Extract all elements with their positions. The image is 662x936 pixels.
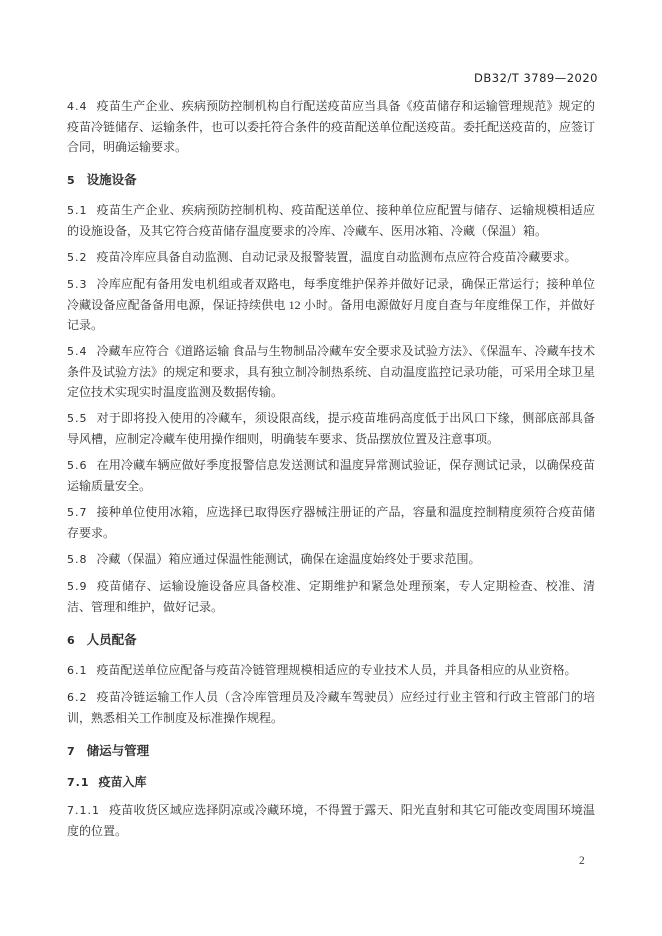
clause-text: 疫苗生产企业、疾病预防控制机构、疫苗配送单位、接种单位应配置与储存、运输规模相适… [67,203,595,238]
section-title: 设施设备 [87,172,137,187]
standard-code-header: DB32/T 3789—2020 [474,71,598,85]
clause-6-2: 6.2疫苗冷链运输工作人员（含冷库管理员及冷藏车驾驶员）应经过行业主管和行政主管… [67,687,595,728]
clause-number: 5.4 [67,345,88,358]
clause-text: 疫苗配送单位应配备与疫苗冷链管理规模相适应的专业技术人员，并具备相应的从业资格。 [97,663,577,677]
section-title: 储运与管理 [87,743,150,758]
clause-number: 5.3 [67,278,88,291]
section-heading-5: 5设施设备 [67,170,595,191]
subsection-number: 7.1 [67,776,90,789]
clause-7-1-1: 7.1.1疫苗收货区域应选择阴凉或冷藏环境，不得置于露天、阳光直射和其它可能改变… [67,800,595,841]
clause-5-6: 5.6在用冷藏车辆应做好季度报警信息发送测试和温度异常测试验证，保存测试记录，以… [67,455,595,496]
clause-number: 7.1.1 [67,804,100,817]
clause-text: 冷库应配有备用发电机组或者双路电，每季度维护保养并做好记录，确保正常运行；接种单… [67,277,595,332]
clause-text: 冷藏车应符合《道路运输 食品与生物制品冷藏车安全要求及试验方法》、《保温车、冷藏… [67,344,595,399]
clause-text: 疫苗储存、运输设施设备应具备校准、定期维护和紧急处理预案，专人定期检查、校准、清… [67,579,595,614]
section-number: 6 [67,634,76,647]
subsection-title: 疫苗入库 [99,775,147,789]
clause-number: 6.2 [67,691,88,704]
clause-number: 5.1 [67,204,88,217]
clause-number: 5.7 [67,506,88,519]
clause-5-9: 5.9疫苗储存、运输设施设备应具备校准、定期维护和紧急处理预案，专人定期检查、校… [67,576,595,617]
clause-5-5: 5.5对于即将投入使用的冷藏车，须设限高线，提示疫苗堆码高度低于出风口下缘，侧部… [67,408,595,449]
section-title: 人员配备 [87,632,137,647]
clause-number: 5.6 [67,459,88,472]
document-page: DB32/T 3789—2020 4.4疫苗生产企业、疾病预防控制机构自行配送疫… [0,0,662,936]
clause-number: 5.2 [67,251,88,264]
clause-number: 5.8 [67,553,88,566]
clause-text: 疫苗冷库应具备自动监测、自动记录及报警装置，温度自动监测布点应符合疫苗冷藏要求。 [97,250,577,264]
page-number: 2 [579,855,585,867]
clause-5-4: 5.4冷藏车应符合《道路运输 食品与生物制品冷藏车安全要求及试验方法》、《保温车… [67,341,595,402]
clause-number: 5.5 [67,412,88,425]
clause-4-4: 4.4疫苗生产企业、疾病预防控制机构自行配送疫苗应当具备《疫苗储存和运输管理规范… [67,96,595,157]
clause-text: 对于即将投入使用的冷藏车，须设限高线，提示疫苗堆码高度低于出风口下缘，侧部底部具… [67,411,595,446]
clause-text: 在用冷藏车辆应做好季度报警信息发送测试和温度异常测试验证，保存测试记录，以确保疫… [67,458,595,493]
clause-text: 疫苗冷链运输工作人员（含冷库管理员及冷藏车驾驶员）应经过行业主管和行政主管部门的… [67,690,595,725]
subsection-heading-7-1: 7.1疫苗入库 [67,772,595,793]
clause-number: 4.4 [67,100,88,113]
section-heading-7: 7储运与管理 [67,741,595,762]
clause-text: 疫苗收货区域应选择阴凉或冷藏环境，不得置于露天、阳光直射和其它可能改变周围环境温… [67,803,595,838]
clause-5-1: 5.1疫苗生产企业、疾病预防控制机构、疫苗配送单位、接种单位应配置与储存、运输规… [67,200,595,241]
clause-5-8: 5.8冷藏（保温）箱应通过保温性能测试，确保在途温度始终处于要求范围。 [67,549,595,570]
clause-text: 接种单位使用冰箱，应选择已取得医疗器械注册证的产品，容量和温度控制精度须符合疫苗… [67,505,595,540]
clause-number: 5.9 [67,580,88,593]
section-number: 5 [67,174,76,187]
section-heading-6: 6人员配备 [67,630,595,651]
clause-5-3: 5.3冷库应配有备用发电机组或者双路电，每季度维护保养并做好记录，确保正常运行；… [67,274,595,335]
clause-5-7: 5.7接种单位使用冰箱，应选择已取得医疗器械注册证的产品，容量和温度控制精度须符… [67,502,595,543]
clause-number: 6.1 [67,664,88,677]
clause-text: 冷藏（保温）箱应通过保温性能测试，确保在途温度始终处于要求范围。 [97,552,481,566]
document-body: 4.4疫苗生产企业、疾病预防控制机构自行配送疫苗应当具备《疫苗储存和运输管理规范… [67,96,595,847]
section-number: 7 [67,745,76,758]
clause-6-1: 6.1疫苗配送单位应配备与疫苗冷链管理规模相适应的专业技术人员，并具备相应的从业… [67,660,595,681]
clause-text: 疫苗生产企业、疾病预防控制机构自行配送疫苗应当具备《疫苗储存和运输管理规范》规定… [67,99,595,154]
clause-5-2: 5.2疫苗冷库应具备自动监测、自动记录及报警装置，温度自动监测布点应符合疫苗冷藏… [67,247,595,268]
